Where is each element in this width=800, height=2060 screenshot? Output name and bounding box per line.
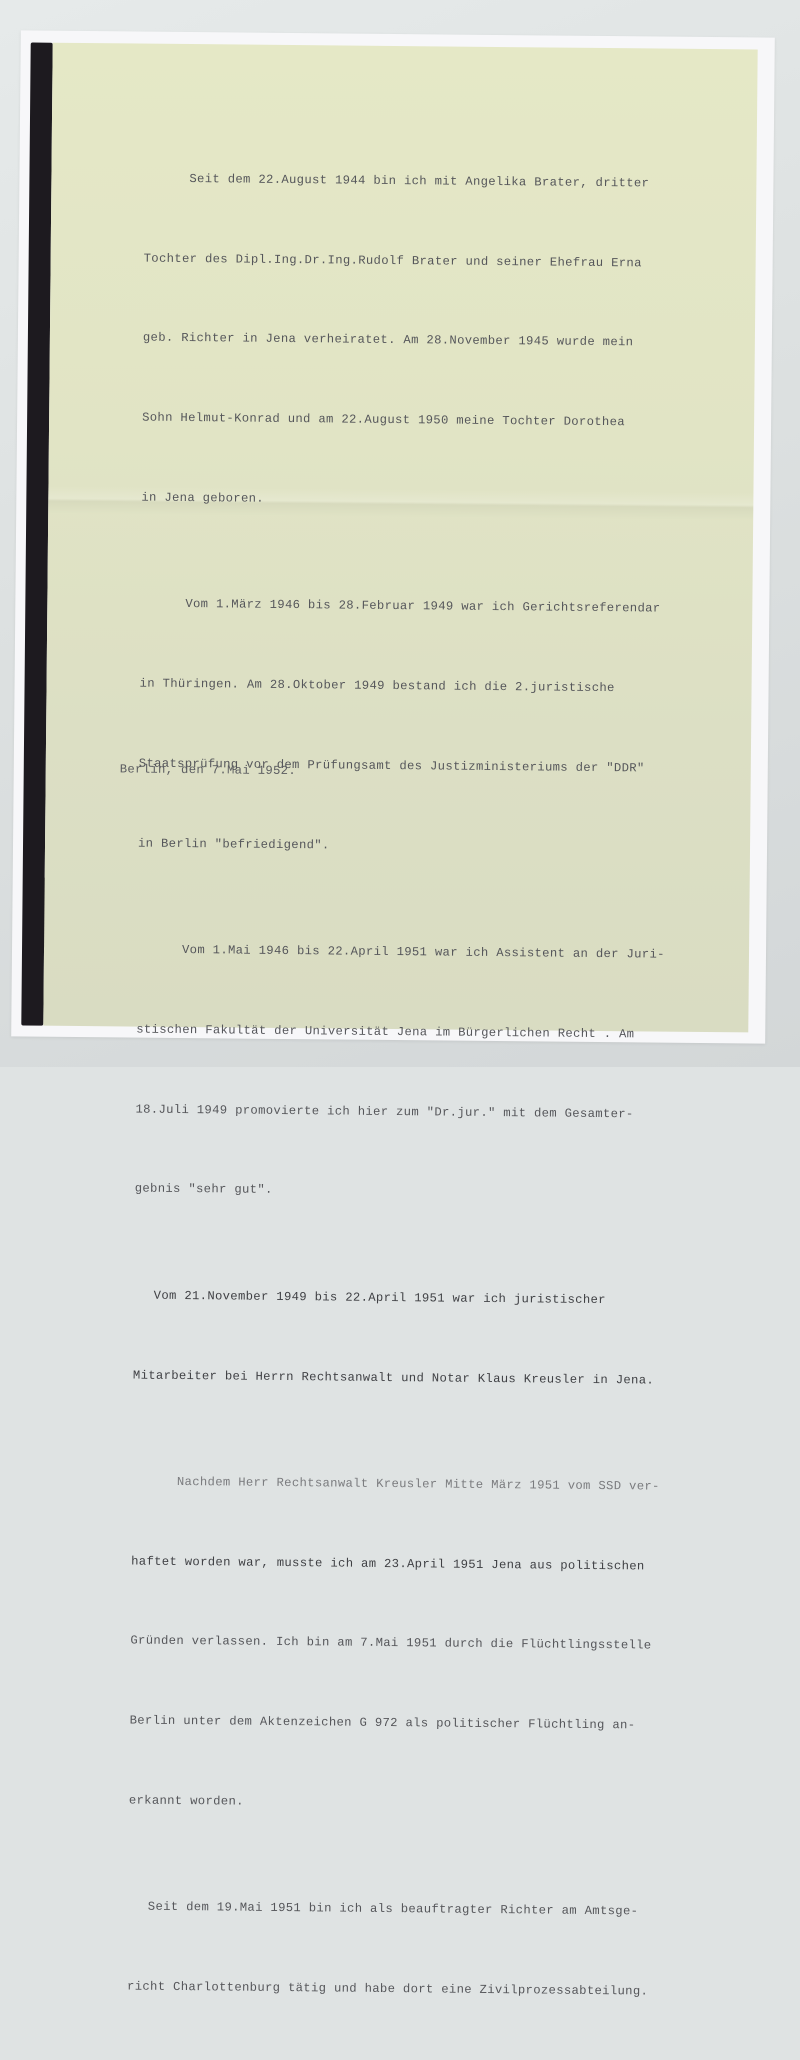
place-and-date: Berlin, den 7.Mai 1952. xyxy=(120,762,296,778)
text-line: geb. Richter in Jena verheiratet. Am 28.… xyxy=(143,325,743,357)
text-line: Tochter des Dipl.Ing.Dr.Ing.Rudolf Brate… xyxy=(144,245,744,277)
text-line: stischen Fakultät der Universität Jena i… xyxy=(136,1016,736,1048)
document-body: Seit dem 22.August 1944 bin ich mit Ange… xyxy=(126,86,745,1067)
text-line: in Berlin "befriedigend". xyxy=(138,830,738,862)
document-sheet: Seit dem 22.August 1944 bin ich mit Ange… xyxy=(11,30,775,1043)
text-line: Vom 1.März 1946 bis 28.Februar 1949 war … xyxy=(140,591,740,623)
text-line: Seit dem 22.August 1944 bin ich mit Ange… xyxy=(144,165,744,197)
text-line: Vom 1.Mai 1946 bis 22.April 1951 war ich… xyxy=(137,937,737,969)
text-line: in Thüringen. Am 28.Oktober 1949 bestand… xyxy=(139,671,739,703)
text-line: in Jena geboren. xyxy=(141,484,741,516)
text-line: Sohn Helmut-Konrad und am 22.August 1950… xyxy=(142,405,742,437)
